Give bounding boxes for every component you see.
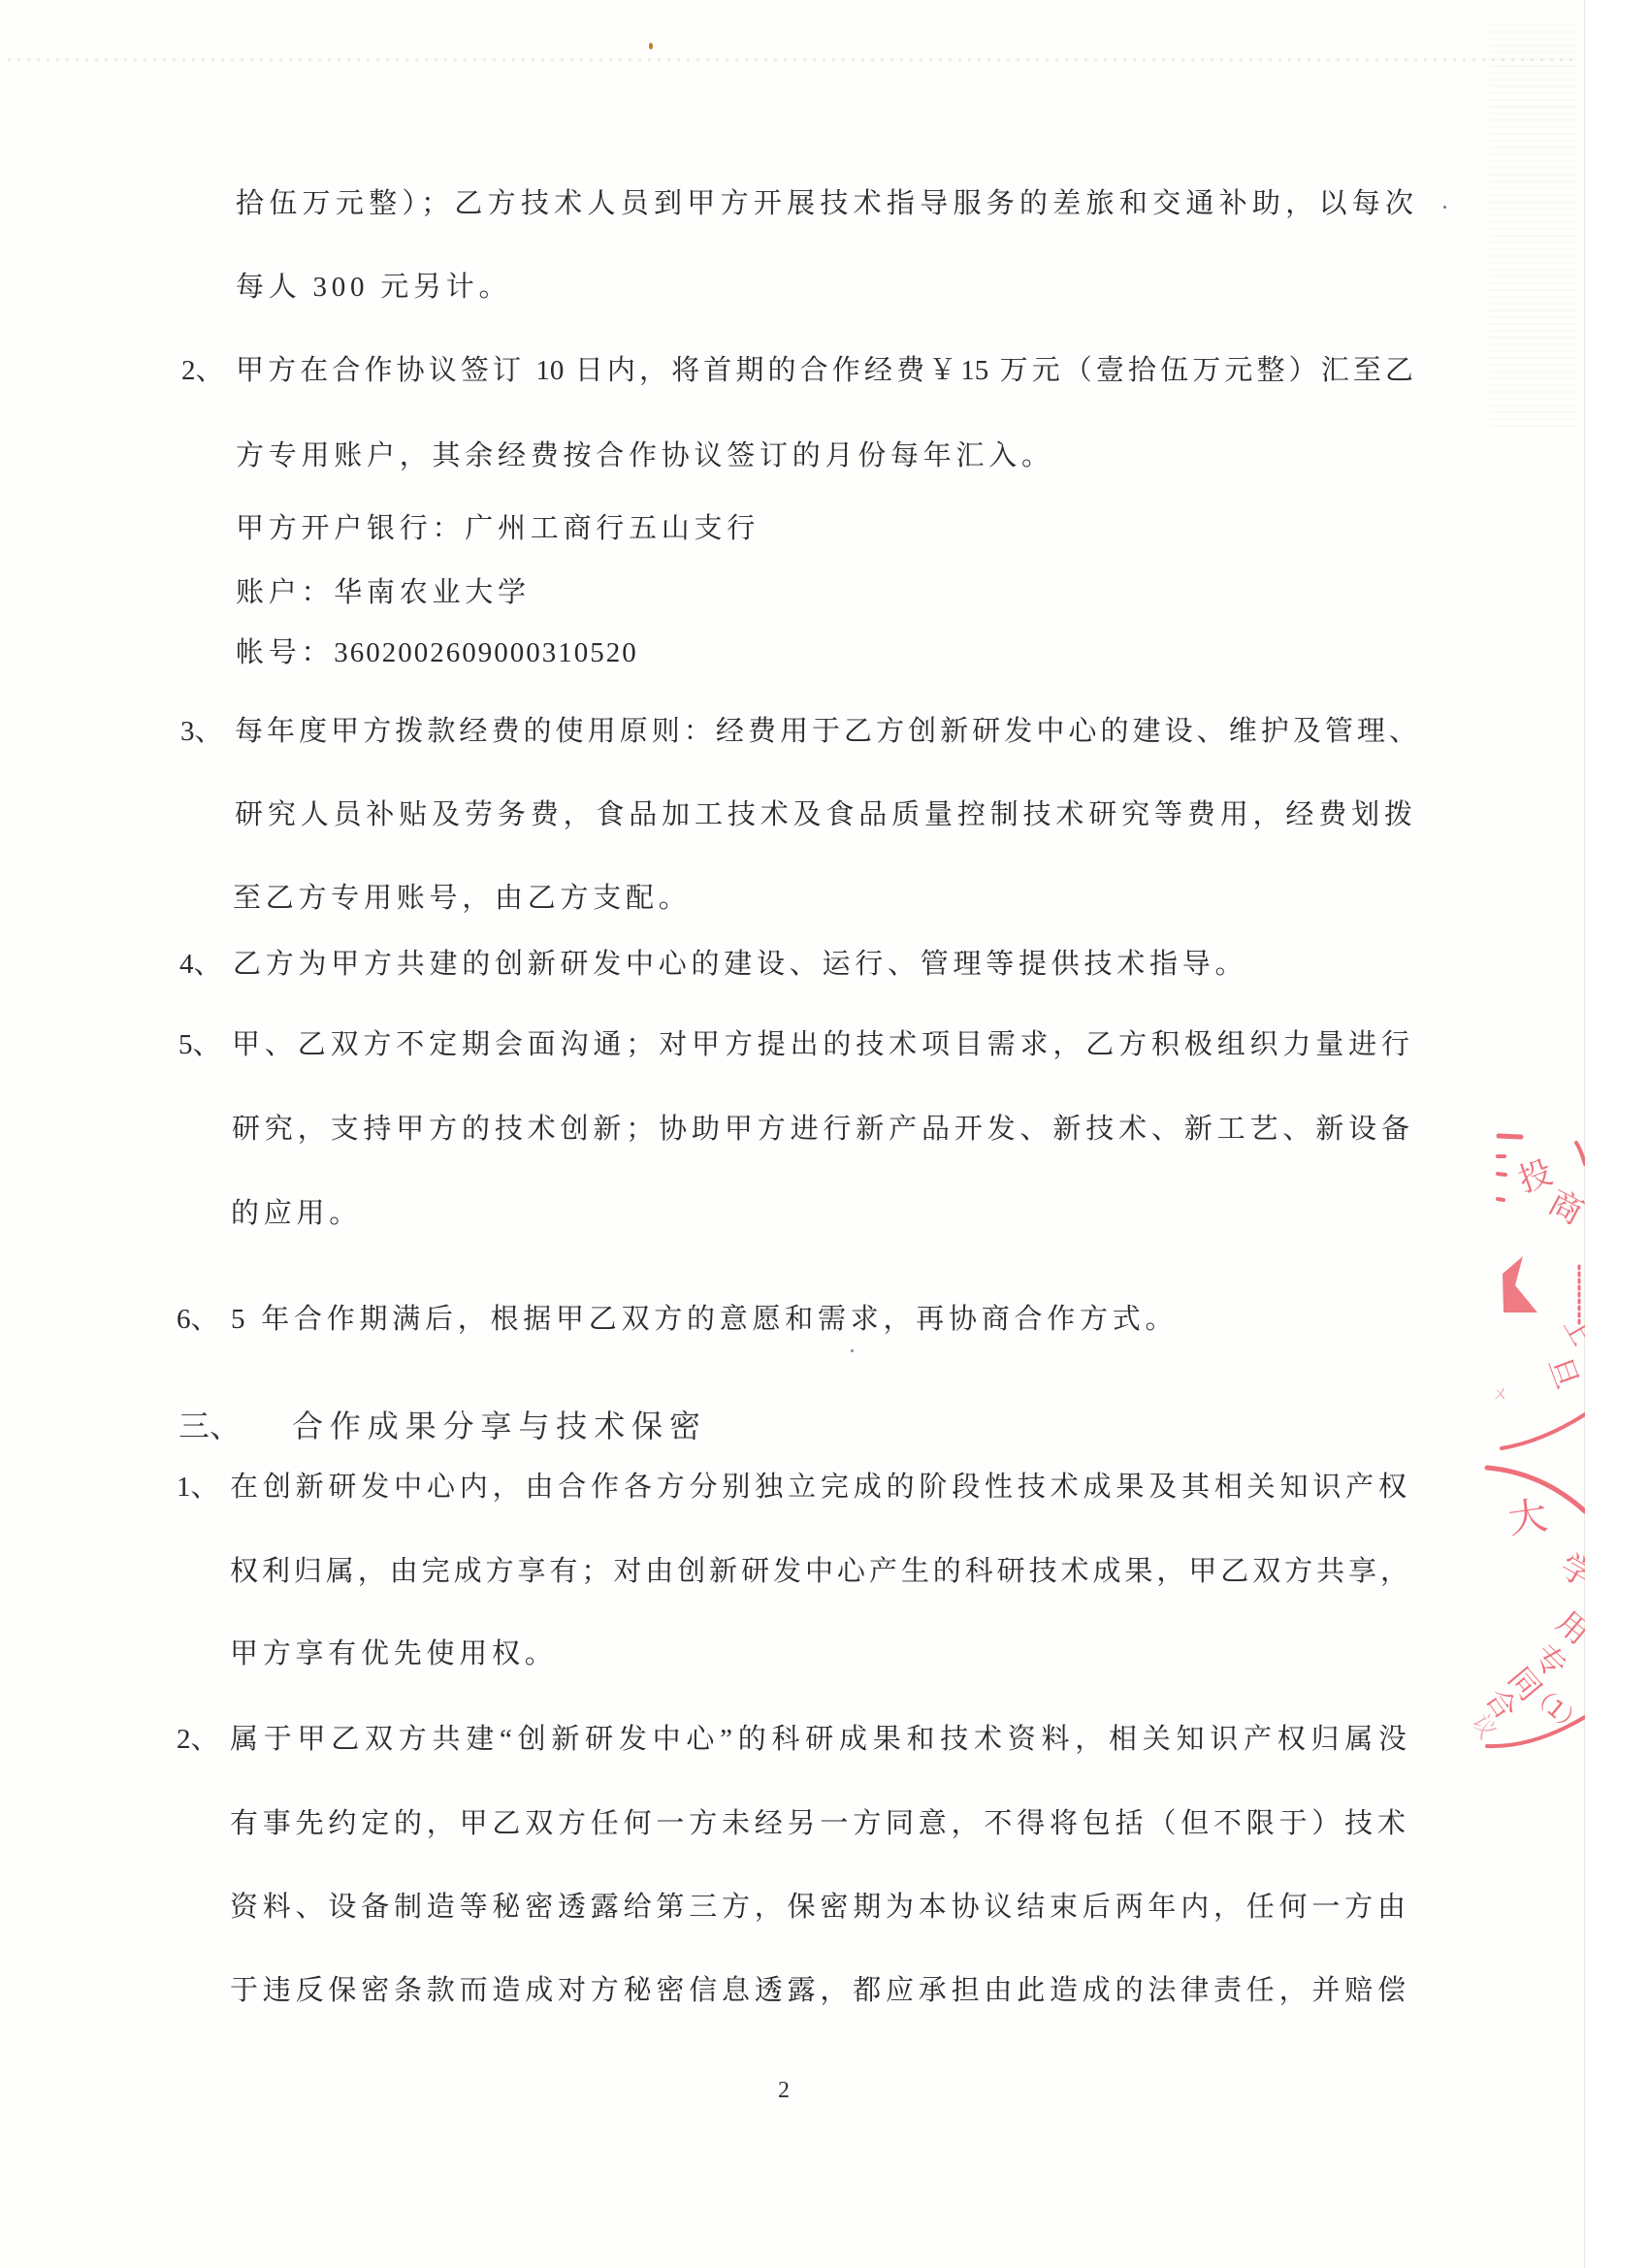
section-heading: 三、 [178,1404,241,1448]
paragraph-line: 有事先约定的，甲乙双方任何一方未经另一方同意，不得将包括（但不限于）技术 [230,1804,1406,1843]
item-number: 4、 [179,945,222,984]
seal-mark [1498,1156,1505,1200]
seal-label: （1） [1524,1679,1585,1739]
item-number: 2、 [181,351,224,390]
page-number: 2 [766,2074,801,2107]
account-number-row: 帐号：3602002609000310520 [236,633,638,672]
account-name-label: 账户： [236,577,334,608]
account-name-row: 账户：华南农业大学 [236,573,531,612]
item-number: 6、 [177,1300,219,1339]
ink-speck [1443,206,1446,209]
paragraph-line: 每年度甲方拨款经费的使用原则：经费用于乙方创新研发中心的建设、维护及管理、 [235,712,1417,751]
ink-speck [851,1349,854,1352]
paragraph-line: 乙方为甲方共建的创新研发中心的建设、运行、管理等提供技术指导。 [233,945,1247,984]
item-number: 2、 [177,1720,219,1759]
paragraph-line: 5 年合作期满后，根据甲乙双方的意愿和需求，再协商合作方式。 [231,1300,1178,1339]
red-seal-stamp: 投 商 上 旦 大 学 用 专 同 合 议 （1） ㄨ [1436,1106,1585,1804]
paragraph-line: 甲、乙双方不定期会面沟通；对甲方提出的技术项目需求，乙方积极组织力量进行 [232,1025,1409,1064]
item-number: 5、 [178,1025,221,1064]
seal-char: 投 [1513,1152,1558,1200]
bank-value: 广州工商行五山支行 [465,513,760,544]
bank-label: 甲方开户银行： [236,513,465,544]
paragraph-line: 至乙方专用账号，由乙方支配。 [233,879,692,918]
section-number: 三、 [178,1408,241,1444]
paragraph-line: 研究人员补贴及劳务费，食品加工技术及食品质量控制技术研究等费用，经费划拨 [235,795,1412,834]
scan-artifact-line [8,58,1579,61]
paragraph-line: 每人 300 元另计。 [236,268,511,307]
seal-ring-arc [1502,1414,1585,1448]
bank-info-row: 甲方开户银行：广州工商行五山支行 [236,509,760,548]
paragraph-line: 研究，支持甲方的技术创新；协助甲方进行新产品开发、新技术、新工艺、新设备 [232,1110,1409,1149]
seal-star-icon [1503,1256,1537,1312]
account-name-value: 华南农业大学 [334,577,531,608]
seal-ring-arc [1499,1136,1521,1137]
paragraph-line: 的应用。 [231,1194,362,1233]
seal-mark: ㄨ [1492,1384,1509,1405]
paragraph-line: 方专用账户，其余经费按合作协议签订的月份每年汇入。 [236,437,1054,475]
account-number-label: 帐号： [236,637,334,668]
seal-char: 学 [1553,1546,1585,1597]
seal-char: 上 [1558,1312,1585,1351]
paragraph-line: 资料、设备制造等秘密透露给第三方，保密期为本协议结束后两年内，任何一方由 [230,1888,1406,1927]
item-number: 3、 [180,712,223,751]
ink-speck [649,43,653,49]
paragraph-line: 属于甲乙双方共建“创新研发中心”的科研成果和技术资料，相关知识产权归属没 [230,1720,1406,1759]
seal-char: 旦 [1541,1351,1585,1393]
paragraph-line: 拾伍万元整）；乙方技术人员到甲方开展技术指导服务的差旅和交通补助，以每次 [236,184,1413,223]
paragraph-line: 在创新研发中心内，由合作各方分别独立完成的阶段性技术成果及其相关知识产权 [230,1468,1406,1507]
scan-artifact-speckle [1489,19,1576,427]
seal-char: 大 [1505,1493,1550,1542]
paragraph-line: 于违反保密条款而造成对方秘密信息透露，都应承担由此造成的法律责任，并赔偿 [230,1971,1406,2010]
paragraph-line: 权利归属，由完成方享有；对由创新研发中心产生的科研技术成果，甲乙双方共享， [230,1552,1408,1591]
section-title: 合作成果分享与技术保密 [292,1404,707,1448]
paragraph-line: 甲方享有优先使用权。 [230,1635,558,1673]
seal-ring-arc [1576,1143,1585,1164]
paragraph-line: 甲方在合作协议签订 10 日内，将首期的合作经费￥15 万元（壹拾伍万元整）汇至… [236,351,1413,390]
item-number: 1、 [177,1468,219,1507]
account-number-value: 3602002609000310520 [334,637,638,668]
